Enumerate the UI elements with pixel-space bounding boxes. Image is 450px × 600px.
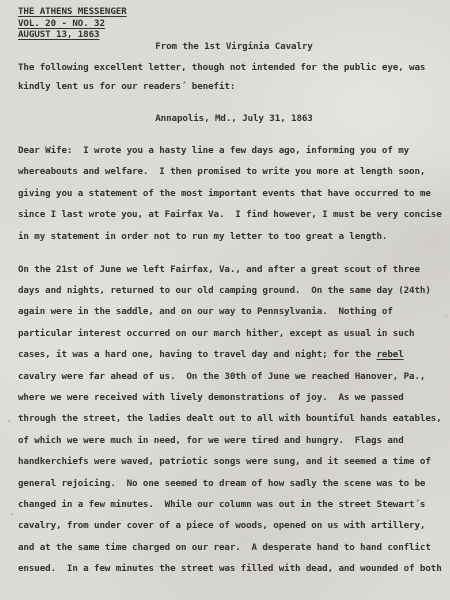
letter-line: days and nights, returned to our old cam… — [18, 280, 450, 301]
letter-line: ensued. In a few minutes the street was … — [18, 558, 450, 579]
letter-line: where we were received with lively demon… — [18, 387, 450, 408]
letter-paragraph-1: Dear Wife: I wrote you a hasty line a fe… — [18, 140, 450, 247]
underlined-word-rebel: rebel — [376, 349, 403, 360]
letter-line: changed in a few minutes. While our colu… — [18, 494, 450, 515]
letter-line-segment: cases, it was a hard one, having to trav… — [18, 349, 376, 360]
letter-line: cavalry, from under cover of a piece of … — [18, 515, 450, 536]
letter-paragraph-2: On the 21st of June we left Fairfax, Va.… — [18, 259, 450, 580]
letter-line: general rejoicing. No one seemed to drea… — [18, 473, 450, 494]
letter-line: and at the same time charged on our rear… — [18, 537, 450, 558]
masthead-volume-line: VOL. 20 - NO. 32 — [18, 18, 450, 30]
letter-line: On the 21st of June we left Fairfax, Va.… — [18, 259, 450, 280]
letter-line: giving you a statement of the most impor… — [18, 183, 450, 204]
letter-line: of which we were much in need, for we we… — [18, 430, 450, 451]
editor-note-line: The following excellent letter, though n… — [18, 58, 450, 78]
masthead: THE ATHENS MESSENGER VOL. 20 - NO. 32 AU… — [18, 6, 450, 41]
letter-line: in my statement in order not to run my l… — [18, 226, 450, 247]
letter-line: whereabouts and welfare. I then promised… — [18, 161, 450, 182]
masthead-date-line: AUGUST 13, 1863 — [18, 29, 450, 41]
letter-line: cavalry were far ahead of us. On the 30t… — [18, 366, 450, 387]
editor-note-line: kindly lent us for our readers´ benefit: — [18, 77, 450, 97]
headline: From the 1st Virginia Cavalry — [18, 41, 450, 52]
dateline: Annapolis, Md., July 31, 1863 — [18, 109, 450, 129]
editor-note: The following excellent letter, though n… — [18, 58, 450, 97]
letter-line: through the street, the ladies dealt out… — [18, 408, 450, 429]
letter-line: again were in the saddle, and on our way… — [18, 301, 450, 322]
letter-line: particular interest occurred on our marc… — [18, 323, 450, 344]
letter-line: cases, it was a hard one, having to trav… — [18, 344, 450, 365]
masthead-title-line: THE ATHENS MESSENGER — [18, 6, 450, 18]
letter-line: Dear Wife: I wrote you a hasty line a fe… — [18, 140, 450, 161]
letter-line: handkerchiefs were waved, patriotic song… — [18, 451, 450, 472]
scanned-letter-page: THE ATHENS MESSENGER VOL. 20 - NO. 32 AU… — [0, 0, 450, 600]
letter-line: since I last wrote you, at Fairfax Va. I… — [18, 204, 450, 225]
